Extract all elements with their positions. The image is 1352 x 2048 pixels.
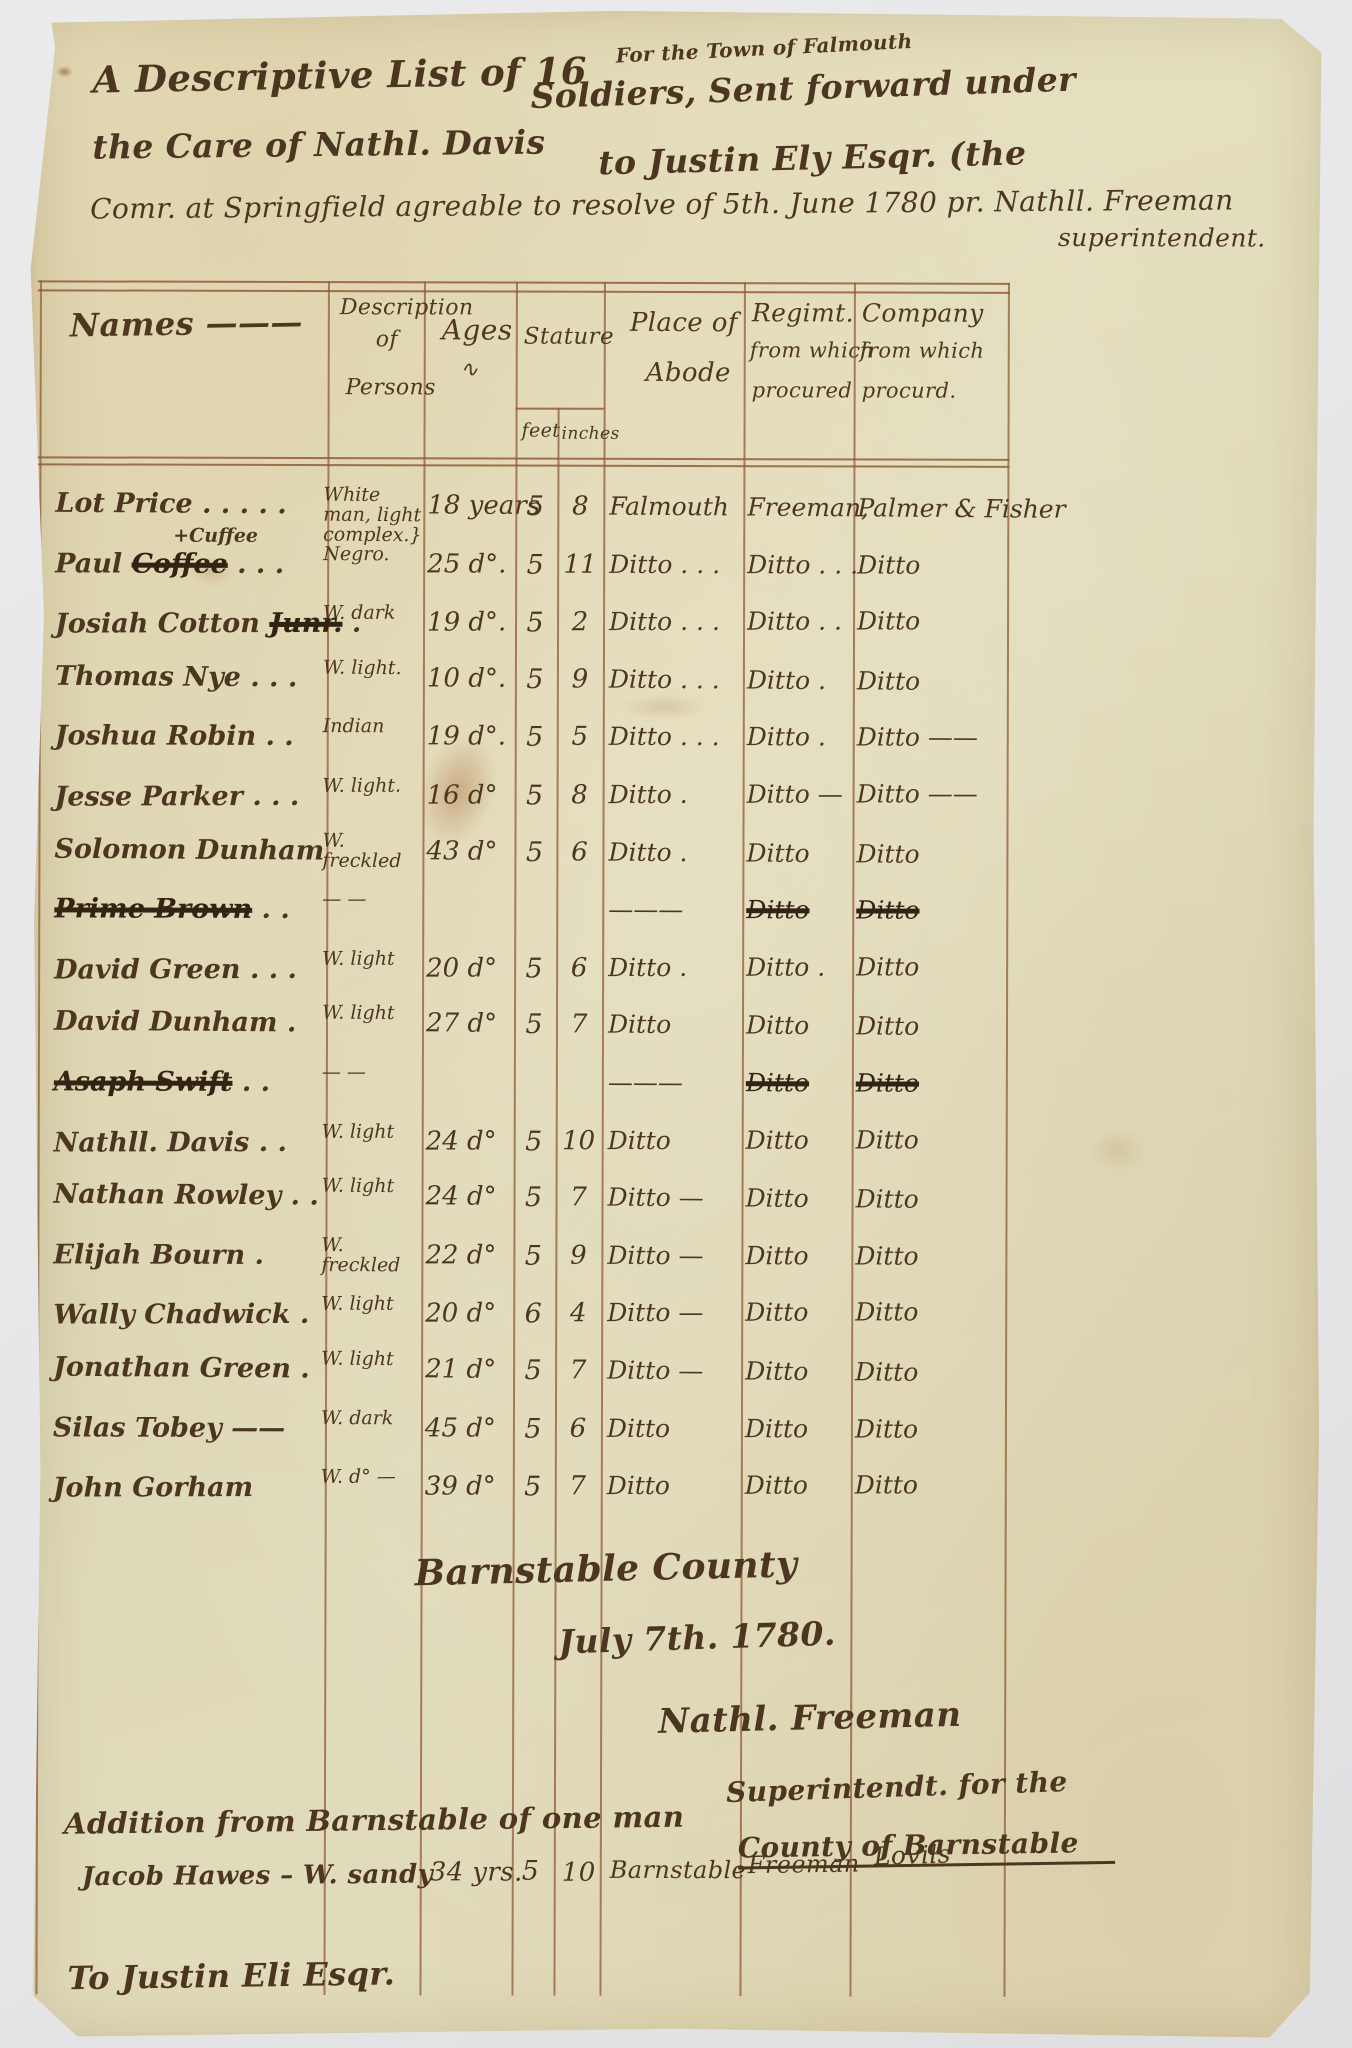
name-part: Jesse Parker . . . [55, 781, 300, 813]
column-subheader-feet: feet [522, 420, 561, 442]
table-row: Paul Coffee+Cuffee . . . Negro. 25 d°. 5… [29, 542, 1299, 601]
cell-age: 24 d° [426, 1126, 497, 1156]
cell-company: Ditto —— [857, 723, 978, 752]
cell-description: W. light [322, 949, 422, 969]
cell-abode: Ditto — [607, 1356, 703, 1386]
name-part: Jonathan Green . [53, 1352, 310, 1385]
header-bottom-rule2 [37, 463, 1009, 468]
column-header-regiment-1: Regimt. [752, 298, 854, 327]
cell-company: Ditto [855, 1185, 918, 1214]
cell-description: W. light [322, 1004, 422, 1025]
cell-regiment: Ditto [745, 1414, 808, 1443]
cell-abode: Ditto . . . [609, 549, 720, 578]
cell-regiment: Ditto [745, 1298, 808, 1327]
names-label: Names [70, 305, 195, 345]
column-header-company-1: Company [862, 298, 984, 327]
table-row: Solomon Dunham W. freckled 43 d° 5 6 Dit… [28, 827, 1298, 892]
cell-name: Nathan Rowley . . [53, 1179, 318, 1212]
cell-abode: Ditto . . . [609, 722, 720, 751]
cell-company: Ditto [855, 1241, 918, 1270]
cell-abode: Falmouth [609, 492, 729, 522]
addressee-note: To Justin Eli Esqr. [67, 1954, 395, 1997]
table-row: Nathll. Davis . . W. light 24 d° 5 10 Di… [28, 1118, 1298, 1177]
column-header-abode-2: Abode [646, 358, 731, 388]
name-part: John Gorham [53, 1472, 254, 1504]
cell-stature-inches: 4 [555, 1299, 601, 1329]
cell-abode: Ditto . [609, 780, 688, 809]
title-line1-right: Soldiers, Sent forward under [530, 60, 1076, 117]
cell-stature-feet: 5 [514, 1009, 554, 1040]
cell-stature-feet: 5 [513, 1240, 553, 1271]
cell-regiment: Ditto — [747, 779, 843, 808]
cell-company: Ditto [857, 606, 920, 635]
signature-freeman: Nathl. Freeman [658, 1695, 962, 1742]
closing-county: Barnstable County [414, 1543, 798, 1594]
cell-company: Ditto [856, 952, 919, 981]
column-header-ages-mark: ∿ [460, 357, 479, 382]
cell-stature-inches: 9 [555, 1240, 601, 1270]
table-row: Josiah Cotton Junr. . W. dark 19 d°. 5 2… [29, 599, 1299, 658]
cell-stature-inches: 7 [556, 1010, 602, 1040]
manuscript-paper: A Descriptive List of 16 For the Town of… [25, 4, 1326, 2043]
cell-company: Ditto [856, 1012, 919, 1041]
name-part: . . [252, 894, 290, 925]
cell-description: White man, light complex.} [323, 486, 423, 547]
column-header-regiment-3: procured [752, 378, 853, 402]
cell-abode: Ditto [608, 1126, 671, 1155]
cell-stature-feet: 5 [513, 1355, 553, 1386]
name-part: . . [232, 1067, 270, 1098]
cell-abode: Ditto [607, 1471, 670, 1500]
name-part: Asaph Swift [54, 1066, 233, 1097]
column-header-ages: Ages [442, 313, 513, 346]
cell-abode: Ditto — [607, 1183, 703, 1213]
cell-abode: ——— [608, 1068, 683, 1097]
table-rule-top2 [38, 289, 1010, 294]
cell-stature-feet: 5 [515, 780, 555, 811]
cell-regiment: Ditto [745, 1184, 808, 1213]
cell-name: Jesse Parker . . . [55, 781, 300, 813]
table-row: Jonathan Green . W. light 21 d° 5 7 Ditt… [27, 1346, 1297, 1411]
cell-description: W. light. [323, 658, 423, 679]
stature-subdivider-rule [516, 408, 604, 410]
cell-age: 19 d°. [427, 608, 506, 638]
cell-regiment: Ditto [746, 1068, 809, 1097]
column-subheader-inches: inches [562, 424, 620, 444]
title-line3: Comr. at Springfield agreable to resolve… [90, 183, 1234, 225]
cell-description: Indian [323, 717, 423, 737]
cell-regiment: Ditto [746, 838, 809, 867]
table-row: Nathan Rowley . . W. light 24 d° 5 7 Dit… [27, 1173, 1297, 1238]
cell-name: Josiah Cotton Junr. . [55, 608, 361, 640]
scanned-page: A Descriptive List of 16 For the Town of… [0, 0, 1352, 2048]
cell-company: Ditto [857, 666, 920, 695]
column-header-company-3: procurd. [862, 378, 957, 402]
closing-date: July 7th. 1780. [558, 1614, 836, 1662]
table-row: Elijah Bourn . W. freckled 22 d° 5 9 Dit… [27, 1233, 1297, 1292]
cell-stature-feet: 5 [513, 1471, 553, 1502]
cell-abode: Ditto — [607, 1298, 703, 1327]
addition-abode: Barnstable [610, 1856, 746, 1884]
cell-stature-feet: 5 [514, 1126, 554, 1157]
column-header-stature: Stature [524, 324, 614, 350]
cell-description: W. light [321, 1295, 421, 1315]
cell-company: Ditto [856, 839, 919, 868]
cell-company: Ditto [856, 896, 919, 925]
cell-company: Palmer & Fisher [857, 493, 1065, 523]
cell-description: W. d° — [321, 1468, 421, 1488]
cell-company: Ditto —— [857, 779, 978, 808]
cell-stature-inches: 7 [555, 1471, 601, 1501]
cell-name: Jonathan Green . [53, 1352, 310, 1385]
table-row: Thomas Nye . . . W. light. 10 d°. 5 9 Di… [29, 654, 1299, 719]
addition-age: 34 yrs. [430, 1857, 523, 1887]
cell-abode: Ditto [607, 1413, 670, 1442]
table-rows: Lot Price . . . . . White man, light com… [31, 4, 1327, 7]
cell-company: Ditto [855, 1414, 918, 1443]
cell-name: David Dunham . [54, 1006, 297, 1039]
cell-regiment: Ditto . . [747, 607, 842, 636]
cell-description: Negro. [323, 545, 423, 565]
cell-age: 24 d° [425, 1181, 496, 1211]
cell-age: 25 d°. [427, 549, 506, 579]
cell-stature-inches: 11 [557, 549, 603, 579]
cell-age: 27 d° [426, 1009, 497, 1039]
cell-abode: Ditto . [608, 953, 687, 982]
column-header-names: Names ——— [70, 303, 304, 344]
cell-stature-inches: 2 [557, 607, 603, 637]
cell-description: W. light [322, 1177, 422, 1198]
addition-regiment: Freeman [748, 1850, 860, 1880]
name-part: Elijah Bourn . [53, 1239, 264, 1271]
title-line2-right: to Justin Ely Esqr. (the [598, 133, 1027, 182]
cell-age: 20 d° [425, 1299, 496, 1329]
cell-regiment: Ditto [746, 1125, 809, 1154]
cell-name: Wally Chadwick . [53, 1299, 309, 1331]
addition-feet: 5 [522, 1856, 540, 1887]
name-part: Josiah Cotton [55, 608, 269, 640]
cell-regiment: Ditto . [747, 723, 826, 752]
cell-stature-inches: 6 [556, 953, 602, 983]
cell-stature-inches: 9 [557, 664, 603, 694]
name-part: Coffee [132, 548, 228, 579]
name-part: Silas Tobey —— [53, 1412, 285, 1444]
cell-stature-inches: 7 [555, 1182, 601, 1212]
cell-stature-feet: 5 [515, 491, 555, 522]
cell-abode: ——— [608, 895, 683, 924]
title-line1-insert: For the Town of Falmouth [615, 29, 913, 68]
cell-stature-feet: 5 [514, 837, 554, 868]
name-part: Solomon Dunham [54, 833, 324, 866]
cell-description: W. light. [323, 777, 423, 797]
name-part: . . . [228, 548, 284, 579]
cell-stature-feet: 5 [515, 607, 555, 638]
cell-regiment: Ditto . . . [747, 550, 858, 579]
table-row: Wally Chadwick . W. light 20 d° 6 4 Ditt… [27, 1291, 1297, 1350]
name-annotation: +Cuffee [173, 524, 258, 546]
cell-age: 45 d° [425, 1413, 496, 1443]
cell-description: W. light [321, 1350, 421, 1371]
cell-name: Asaph Swift . . [54, 1066, 270, 1098]
table-row: Joshua Robin . . Indian 19 d°. 5 5 Ditto… [29, 715, 1299, 774]
cell-company: Ditto [856, 1125, 919, 1154]
signature-title-line: Superintendt. for the [726, 1765, 1068, 1809]
cell-age: 10 d°. [427, 663, 506, 694]
cell-regiment: Ditto . [747, 665, 826, 695]
cell-stature-feet: 5 [515, 664, 555, 695]
addition-row: Jacob Hawes – W. sandy 34 yrs. 5 10 Barn… [31, 4, 1327, 7]
cell-age: 21 d° [425, 1354, 496, 1384]
title-line2-left: the Care of Nathl. Davis [92, 122, 546, 166]
name-part: Wally Chadwick . [53, 1299, 309, 1331]
table-row: Asaph Swift . . — — ——— Ditto Ditto [28, 1060, 1298, 1119]
column-header-description-3: Persons [346, 375, 436, 400]
cell-stature-feet: 5 [513, 1413, 553, 1444]
cell-regiment: Ditto . [746, 952, 825, 981]
cell-name: Solomon Dunham [54, 833, 324, 866]
cell-regiment: Ditto [745, 1241, 808, 1270]
name-part: Joshua Robin . . [55, 721, 294, 753]
name-part: Nathan Rowley . . [53, 1179, 318, 1212]
cell-company: Ditto [856, 1068, 919, 1097]
cell-company: Ditto [857, 550, 920, 579]
name-part: Thomas Nye . . . [55, 661, 298, 694]
cell-stature-feet: 6 [513, 1299, 553, 1330]
cell-stature-feet: 5 [515, 549, 555, 580]
addition-name: Jacob Hawes – W. sandy [82, 1860, 434, 1893]
table-row: David Dunham . W. light 27 d° 5 7 Ditto … [28, 1000, 1298, 1065]
cell-stature-feet: 5 [515, 722, 555, 753]
cell-description: W. freckled [321, 1236, 421, 1276]
cell-name: Elijah Bourn . [53, 1239, 264, 1271]
cell-name: Joshua Robin . . [55, 721, 294, 753]
cell-abode: Ditto . [608, 837, 687, 867]
cell-stature-inches: 6 [556, 837, 602, 867]
addition-heading: Addition from Barnstable of one man [64, 1800, 685, 1841]
cell-abode: Ditto . . . [609, 664, 720, 694]
cell-regiment: Ditto [746, 895, 809, 924]
cell-age: 16 d° [427, 780, 498, 810]
cell-stature-inches: 6 [555, 1413, 601, 1443]
cell-age: 39 d° [425, 1472, 496, 1502]
cell-name: John Gorham [53, 1472, 254, 1504]
cell-description: W. freckled [322, 831, 422, 872]
cell-age: 43 d° [426, 836, 497, 866]
cell-regiment: Ditto [745, 1357, 808, 1386]
cell-name: Prime Brown . . [54, 894, 290, 926]
title-line4: superintendent. [1058, 223, 1266, 253]
name-part: David Dunham . [54, 1006, 297, 1039]
cell-company: Ditto [855, 1298, 918, 1327]
names-flourish: ——— [205, 303, 303, 342]
cell-name: Nathll. Davis . . [54, 1127, 287, 1159]
column-header-abode-1: Place of [630, 308, 738, 338]
title-line1-left: A Descriptive List of 16 [92, 49, 587, 102]
cell-company: Ditto [855, 1357, 918, 1386]
cell-description: W. dark [323, 604, 423, 624]
cell-stature-feet: 5 [514, 953, 554, 984]
table-row: John Gorham W. d° — 39 d° 5 7 Ditto Ditt… [27, 1463, 1297, 1522]
cell-stature-inches: 7 [555, 1355, 601, 1385]
column-header-company-2: from which [860, 338, 985, 362]
cell-name: David Green . . . [54, 954, 297, 986]
column-header-description-2: of [376, 327, 398, 352]
table-row: David Green . . . W. light 20 d° 5 6 Dit… [28, 945, 1298, 1004]
cell-abode: Ditto [608, 1010, 671, 1039]
cell-name: Silas Tobey —— [53, 1412, 285, 1444]
table-rule-top [38, 280, 1010, 285]
name-part: David Green . . . [54, 954, 297, 986]
cell-stature-inches: 8 [557, 491, 603, 521]
cell-abode: Ditto — [607, 1241, 703, 1270]
name-part: Prime Brown [54, 894, 252, 926]
cell-stature-inches: 10 [556, 1126, 602, 1156]
cell-age: 20 d° [426, 953, 497, 983]
header-bottom-rule [37, 456, 1009, 461]
cell-description: — — [322, 1063, 422, 1083]
cell-age: 22 d° [425, 1240, 496, 1270]
cell-name: Lot Price . . . . . [55, 488, 286, 521]
cell-name: Thomas Nye . . . [55, 661, 298, 694]
ink-stain [56, 66, 72, 77]
cell-age: 19 d°. [427, 722, 506, 752]
table-row: Silas Tobey —— W. dark 45 d° 5 6 Ditto D… [27, 1406, 1297, 1465]
column-header-regiment-2: from which [750, 338, 875, 362]
name-part: Lot Price . . . . . [55, 488, 286, 521]
addition-company: Lovils [873, 1839, 951, 1870]
cell-regiment: Freeman, [747, 493, 869, 523]
cell-abode: Ditto . . . [609, 607, 720, 636]
cell-description: W. light [322, 1122, 422, 1142]
name-part: Nathll. Davis . . [54, 1127, 287, 1159]
cell-stature-inches: 8 [557, 780, 603, 810]
cell-stature-inches: 5 [557, 722, 603, 752]
addition-inches: 10 [562, 1858, 596, 1888]
cell-stature-feet: 5 [513, 1182, 553, 1213]
cell-regiment: Ditto [746, 1011, 809, 1040]
cell-description: — — [322, 890, 422, 910]
cell-regiment: Ditto [745, 1471, 808, 1500]
name-part: Paul [55, 548, 131, 579]
cell-company: Ditto [855, 1470, 918, 1499]
cell-name: Paul Coffee+Cuffee . . . [55, 548, 284, 580]
cell-description: W. dark [321, 1409, 421, 1429]
table-row: Jesse Parker . . . W. light. 16 d° 5 8 D… [29, 772, 1299, 831]
table-row: Prime Brown . . — — ——— Ditto Ditto [28, 887, 1298, 946]
